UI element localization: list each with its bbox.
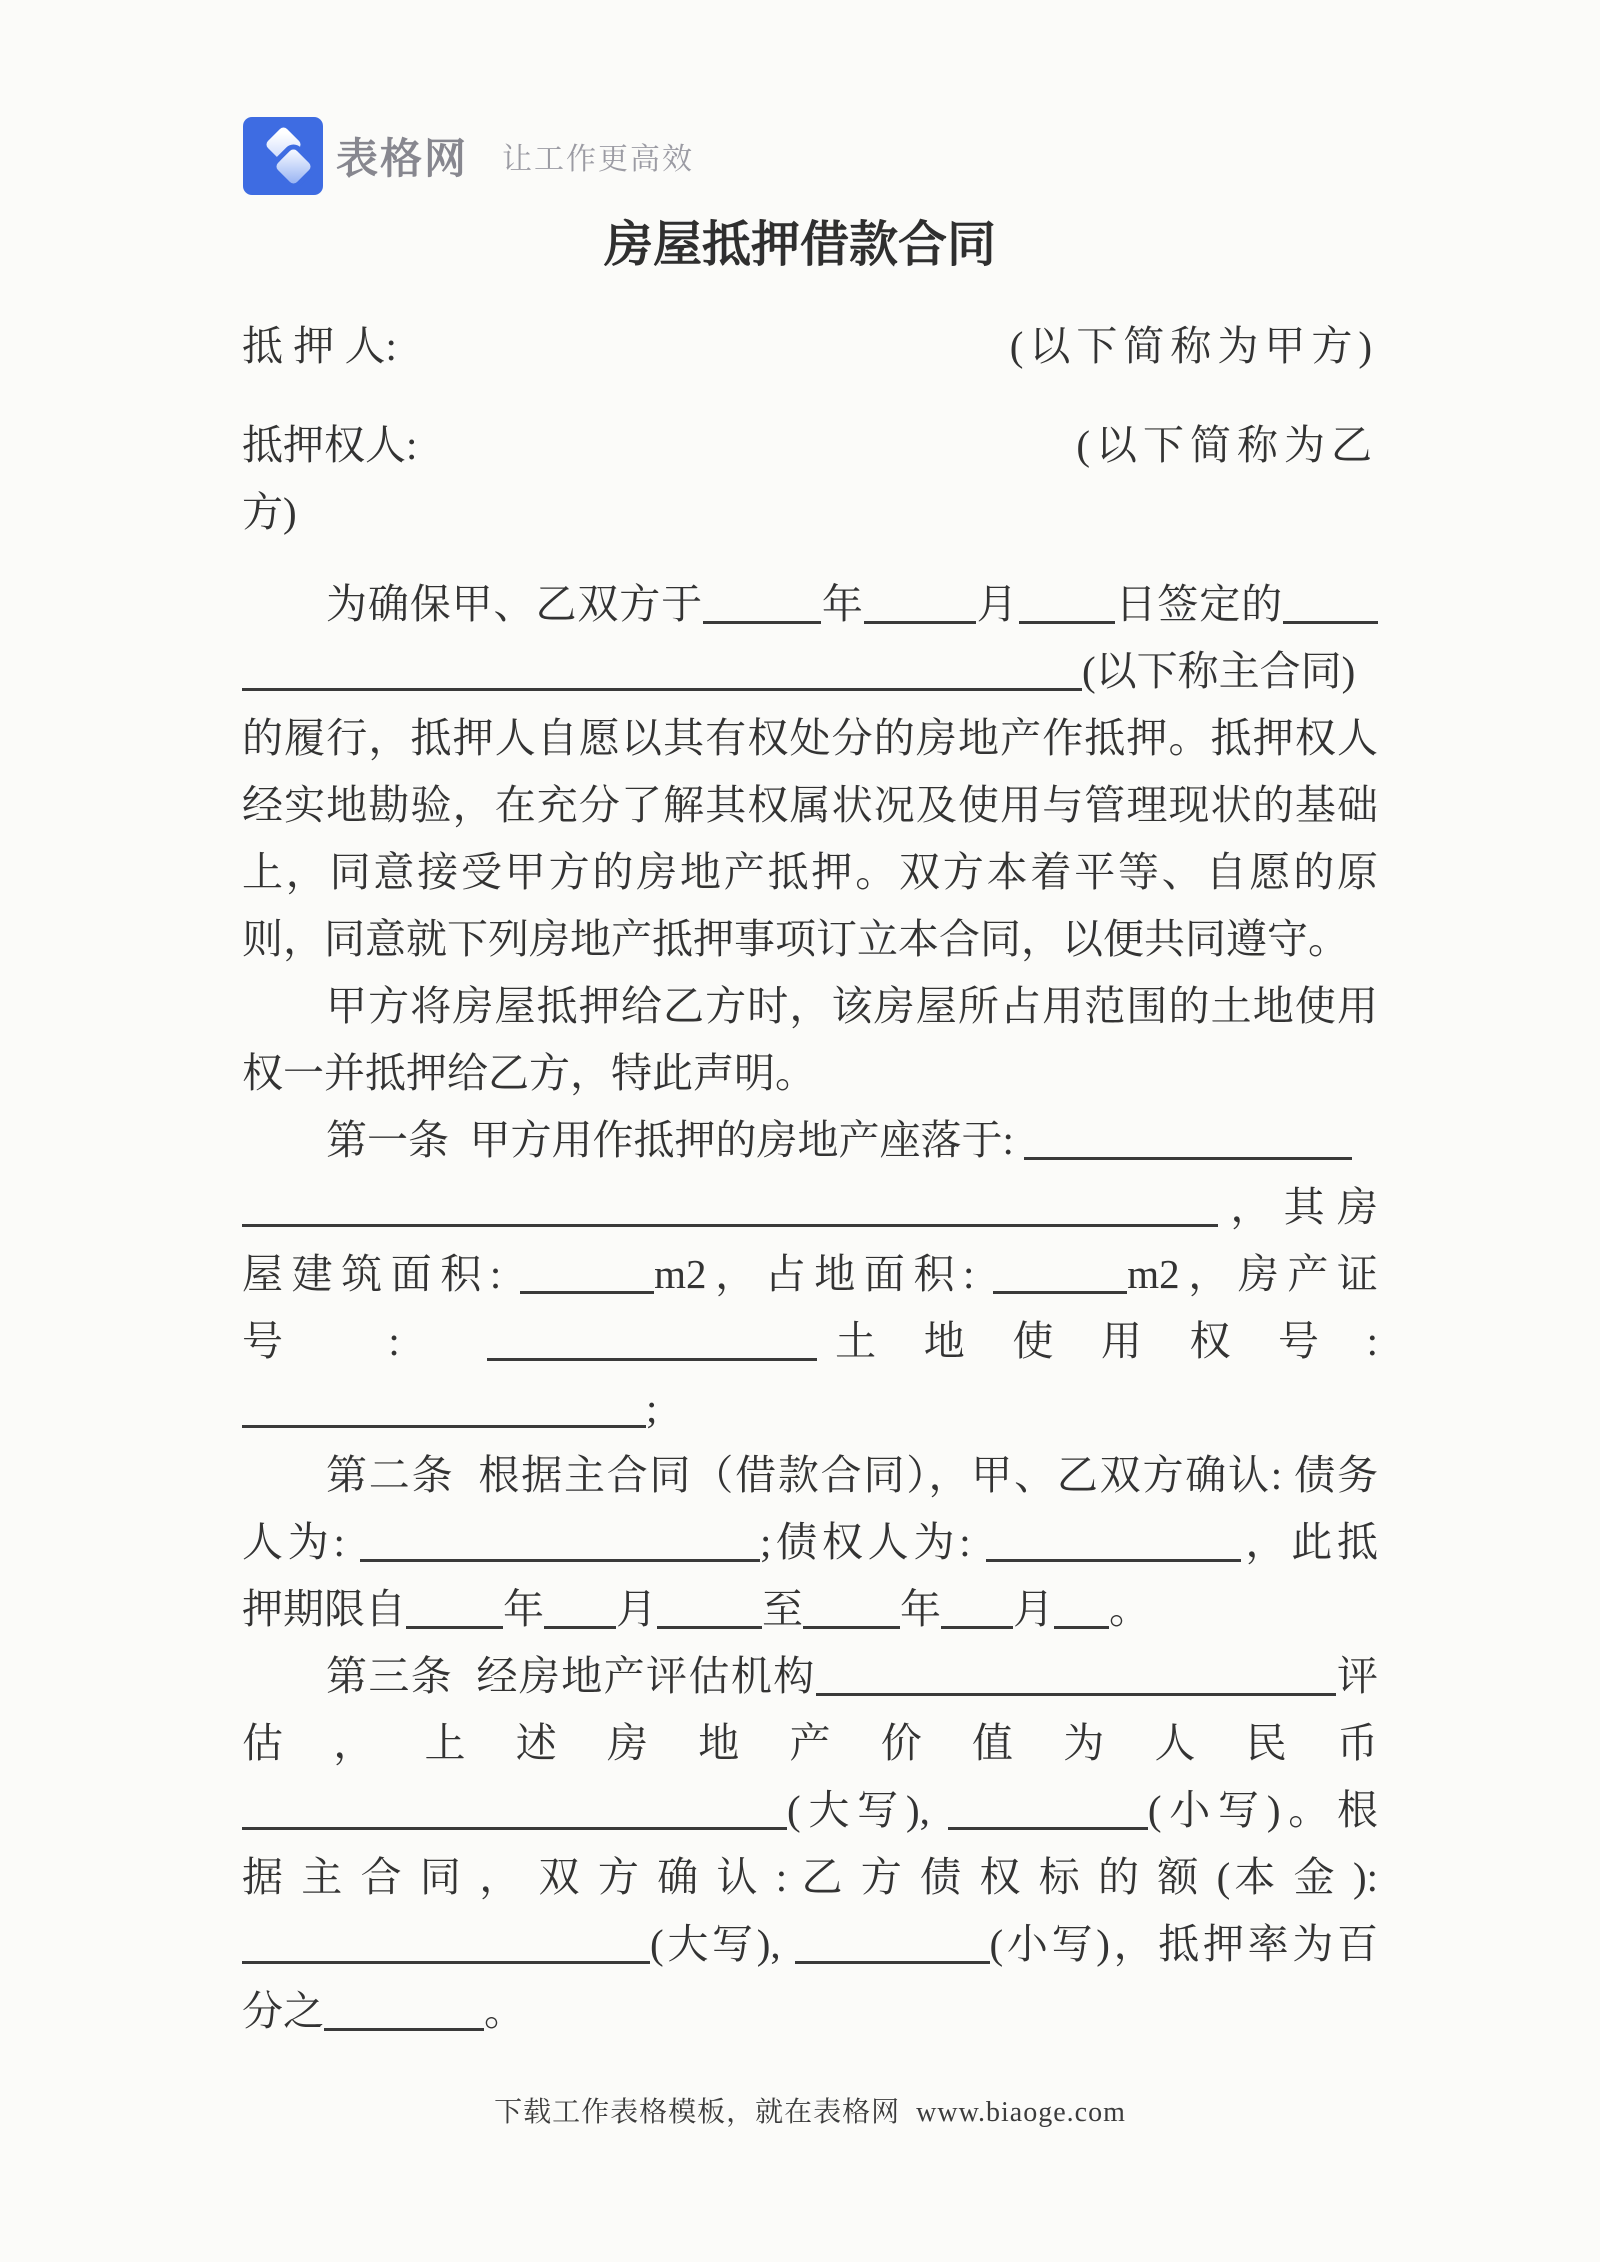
text-segment: 为确保甲、乙双方于 xyxy=(326,581,703,627)
blank-underline xyxy=(544,1623,616,1629)
text-segment: 分之 xyxy=(242,1988,324,2034)
text-segment: 土 地 使 用 权 号 : xyxy=(817,1318,1378,1364)
blank-underline xyxy=(406,1623,503,1629)
contract-line: 分之。 xyxy=(242,1978,1378,2045)
text-segment: 押期限自 xyxy=(242,1586,406,1632)
contract-line: 第一条 甲方用作抵押的房地产座落于: xyxy=(242,1107,1378,1174)
text-segment: 月 xyxy=(976,581,1019,627)
text-segment: 第三条 经房地产评估机构 xyxy=(326,1653,816,1699)
blank-underline xyxy=(242,1824,787,1830)
contract-line: 第三条 经房地产评估机构评 xyxy=(242,1643,1378,1710)
text-segment: 年 xyxy=(503,1586,544,1632)
contract-line: (大写), (小写)。根 xyxy=(242,1777,1378,1844)
brand-header: 表格网 让工作更高效 xyxy=(243,117,694,195)
text-segment: 则，同意就下列房地产抵押事项订立本合同，以便共同遵守。 xyxy=(242,916,1349,962)
text-segment: (以下称主合同) xyxy=(1082,648,1355,694)
text-segment: (小写)，抵押率为百 xyxy=(990,1921,1378,1967)
blank-underline xyxy=(993,1288,1127,1294)
blank-underline xyxy=(487,1355,817,1361)
contract-line: 经实地勘验，在充分了解其权属状况及使用与管理现状的基础 xyxy=(242,772,1378,839)
text-segment: ，其房 xyxy=(1218,1184,1378,1230)
blank-underline xyxy=(703,618,821,624)
contract-line: (以下称主合同) xyxy=(242,638,1378,705)
body-lines: 为确保甲、乙双方于年月日签定的(以下称主合同)的履行，抵押人自愿以其有权处分的房… xyxy=(242,571,1378,2045)
text-segment: 号 : xyxy=(242,1318,487,1364)
text-segment: 日签定的 xyxy=(1115,581,1283,627)
mortgagee-line: 抵押权人: (以下简称为乙 xyxy=(242,412,1378,479)
footer-tagline: 下载工作表格模板，就在表格网 www.biaoge.com xyxy=(242,2090,1378,2130)
text-segment: 年 xyxy=(900,1586,941,1632)
mortgagor-alias: (以下简称为甲方) xyxy=(1010,313,1378,380)
contract-line: ; xyxy=(242,1375,1378,1442)
text-segment: ; xyxy=(646,1385,657,1431)
text-segment: 权一并抵押给乙方，特此声明。 xyxy=(242,1050,816,1096)
contract-line: 号 : 土 地 使 用 权 号 : xyxy=(242,1308,1378,1375)
blank-underline xyxy=(1054,1623,1109,1629)
text-segment: 第二条 根据主合同（借款合同），甲、乙双方确认: 债务 xyxy=(326,1452,1378,1498)
text-segment: 。 xyxy=(1109,1586,1150,1632)
contract-line: 甲方将房屋抵押给乙方时，该房屋所占用范围的土地使用 xyxy=(242,973,1378,1040)
biaoge-logo-icon xyxy=(243,117,323,195)
contract-line: 押期限自年月至年月。 xyxy=(242,1576,1378,1643)
blank-underline xyxy=(795,1958,990,1964)
mortgagee-alias-cont: 方) xyxy=(242,479,1378,546)
blank-underline xyxy=(816,1690,1336,1696)
blank-underline xyxy=(803,1623,900,1629)
contract-line: 屋建筑面积: m2，占地面积: m2，房产证 xyxy=(242,1241,1378,1308)
contract-line: 权一并抵押给乙方，特此声明。 xyxy=(242,1040,1378,1107)
text-segment: 。 xyxy=(484,1988,525,2034)
mortgagor-line: 抵 押 人: (以下简称为甲方) xyxy=(242,313,1378,380)
text-segment: 甲方将房屋抵押给乙方时，该房屋所占用范围的土地使用 xyxy=(326,983,1378,1029)
brand-tagline: 让工作更高效 xyxy=(502,134,694,178)
contract-line: 人为: ;债权人为: ，此抵 xyxy=(242,1509,1378,1576)
text-segment: 至 xyxy=(762,1586,803,1632)
document-page: { "header": { "brand": "表格网", "tagline":… xyxy=(0,0,1600,2262)
mortgagee-label: 抵押权人: xyxy=(242,412,417,479)
text-segment: m2，占地面积: xyxy=(654,1251,993,1297)
contract-line: 估 ， 上 述 房 地 产 价 值 为 人 民 币 xyxy=(242,1710,1378,1777)
text-segment: 月 xyxy=(616,1586,657,1632)
text-segment: 屋建筑面积: xyxy=(242,1251,520,1297)
text-segment: (小写)。根 xyxy=(1148,1787,1378,1833)
blank-underline xyxy=(657,1623,762,1629)
text-segment: ，此抵 xyxy=(1241,1519,1378,1565)
brand-name: 表格网 xyxy=(336,126,468,186)
contract-line: 上，同意接受甲方的房地产抵押。双方本着平等、自愿的原 xyxy=(242,839,1378,906)
blank-underline xyxy=(242,1221,1218,1227)
contract-line: 第二条 根据主合同（借款合同），甲、乙双方确认: 债务 xyxy=(242,1442,1378,1509)
text-segment: 估 ， 上 述 房 地 产 价 值 为 人 民 币 xyxy=(242,1720,1378,1766)
contract-line: 的履行，抵押人自愿以其有权处分的房地产作抵押。抵押权人 xyxy=(242,705,1378,772)
text-segment: 据 主 合 同 ， 双 方 确 认 : 乙 方 债 权 标 的 额 (本 金 )… xyxy=(242,1854,1378,1900)
text-segment: 上，同意接受甲方的房地产抵押。双方本着平等、自愿的原 xyxy=(242,849,1378,895)
contract-line: (大写), (小写)，抵押率为百 xyxy=(242,1911,1378,1978)
blank-underline xyxy=(864,618,976,624)
contract-title: 房屋抵押借款合同 xyxy=(0,206,1600,276)
blank-underline xyxy=(520,1288,654,1294)
blank-underline xyxy=(1019,618,1115,624)
text-segment: 第一条 甲方用作抵押的房地产座落于: xyxy=(326,1117,1024,1163)
contract-line: 据 主 合 同 ， 双 方 确 认 : 乙 方 债 权 标 的 额 (本 金 )… xyxy=(242,1844,1378,1911)
text-segment: 评 xyxy=(1336,1653,1378,1699)
text-segment: 经实地勘验，在充分了解其权属状况及使用与管理现状的基础 xyxy=(242,782,1378,828)
text-segment: 月 xyxy=(1013,1586,1054,1632)
mortgagee-alias: (以下简称为乙 xyxy=(1076,412,1378,479)
blank-underline xyxy=(242,685,1082,691)
contract-line: 则，同意就下列房地产抵押事项订立本合同，以便共同遵守。 xyxy=(242,906,1378,973)
blank-underline xyxy=(242,1958,650,1964)
blank-underline xyxy=(1024,1154,1352,1160)
mortgagor-label: 抵 押 人: xyxy=(242,313,397,380)
blank-underline xyxy=(986,1556,1241,1562)
text-segment: 人为: xyxy=(242,1519,360,1565)
blank-underline xyxy=(941,1623,1013,1629)
contract-line: ，其房 xyxy=(242,1174,1378,1241)
blank-underline xyxy=(1283,618,1378,624)
text-segment: 年 xyxy=(821,581,864,627)
text-segment: 的履行，抵押人自愿以其有权处分的房地产作抵押。抵押权人 xyxy=(242,715,1378,761)
blank-underline xyxy=(360,1556,760,1562)
blank-underline xyxy=(948,1824,1148,1830)
contract-line: 为确保甲、乙双方于年月日签定的 xyxy=(242,571,1378,638)
text-segment: (大写), xyxy=(787,1787,948,1833)
blank-underline xyxy=(242,1422,646,1428)
text-segment: ;债权人为: xyxy=(760,1519,986,1565)
blank-underline xyxy=(324,2025,484,2031)
text-segment: (大写), xyxy=(650,1921,795,1967)
text-segment: m2，房产证 xyxy=(1127,1251,1378,1297)
